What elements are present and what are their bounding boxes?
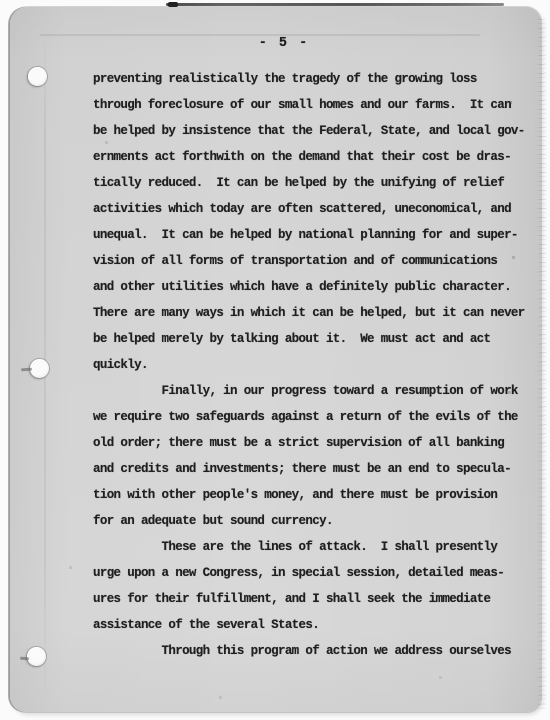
text-line: old order; there must be a strict superv… <box>93 430 543 456</box>
punch-hole-middle <box>30 359 49 378</box>
text-line: through foreclosure of our small homes a… <box>93 92 543 118</box>
text-line: be helped merely by talking about it. We… <box>93 326 543 352</box>
text-line: tion with other people's money, and ther… <box>93 482 543 508</box>
fastener-mark-bottom <box>20 657 29 661</box>
document-text-block: preventing realistically the tragedy of … <box>93 66 543 664</box>
text-line: Finally, in our progress toward a resump… <box>93 378 543 404</box>
text-line: assistance of the several States. <box>93 612 543 638</box>
text-line: and credits and investments; there must … <box>93 456 543 482</box>
text-line: for an adequate but sound currency. <box>93 508 543 534</box>
scan-top-smudge-blob <box>168 2 178 7</box>
text-line: Through this program of action we addres… <box>93 638 543 664</box>
punch-hole-bottom <box>27 647 46 666</box>
text-line: and other utilities which have a definit… <box>93 274 543 300</box>
text-line: we require two safeguards against a retu… <box>93 404 543 430</box>
text-line: preventing realistically the tragedy of … <box>93 66 543 92</box>
paper-sheet: - 5 - preventing realistically the trage… <box>10 7 541 712</box>
text-line: tically reduced. It can be helped by the… <box>93 170 543 196</box>
text-line: ures for their fulfillment, and I shall … <box>93 586 543 612</box>
text-line: be helped by insistence that the Federal… <box>93 118 543 144</box>
text-line: activities which today are often scatter… <box>93 196 543 222</box>
text-line: vision of all forms of transportation an… <box>93 248 543 274</box>
toner-specks <box>10 7 11 8</box>
scan-top-smudge <box>166 3 504 6</box>
text-line: quickly. <box>93 352 543 378</box>
scanned-document-page: - 5 - preventing realistically the trage… <box>0 0 550 720</box>
punch-hole-top <box>28 67 47 86</box>
text-line: urge upon a new Congress, in special ses… <box>93 560 543 586</box>
text-line: These are the lines of attack. I shall p… <box>93 534 543 560</box>
page-number: - 5 - <box>10 36 550 51</box>
text-line: unequal. It can be helped by national pl… <box>93 222 543 248</box>
text-line: There are many ways in which it can be h… <box>93 300 543 326</box>
text-line: ernments act forthwith on the demand tha… <box>93 144 543 170</box>
